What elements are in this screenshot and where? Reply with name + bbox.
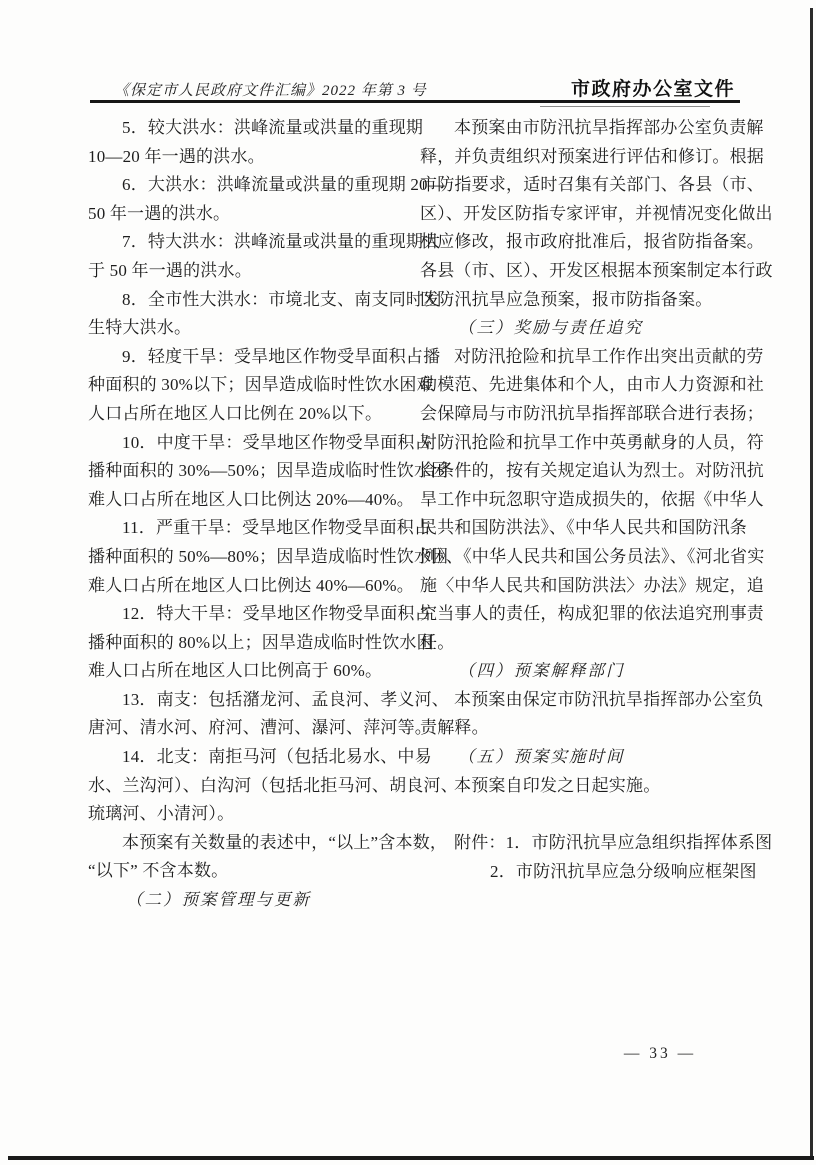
text-line: 难人口占所在地区人口比例高于 60%。 <box>88 657 410 686</box>
text-line: 合条件的，按有关规定追认为烈士。对防汛抗 <box>420 457 744 486</box>
text-line-content: 释，并负责组织对预案进行评估和修订。根据 <box>420 147 764 166</box>
text-line-content: 琉璃河、小清河）。 <box>88 804 234 823</box>
text-line: 14．北支：南拒马河（包括北易水、中易 <box>88 743 410 772</box>
text-line: 究当事人的责任，构成犯罪的依法追究刑事责 <box>420 600 744 629</box>
text-line-content: 12．特大干旱：受旱地区作物受旱面积占 <box>122 604 432 623</box>
text-line: 13．南支：包括潴龙河、孟良河、孝义河、 <box>88 686 410 715</box>
text-line: “以下” 不含本数。 <box>88 857 410 886</box>
text-line-content: （二）预案管理与更新 <box>126 890 311 909</box>
text-line: 种面积的 30%以下；因旱造成临时性饮水困难 <box>88 371 410 400</box>
text-line: 区防汛抗旱应急预案，报市防指备案。 <box>420 286 744 315</box>
text-line-content: 人口占所在地区人口比例在 20%以下。 <box>88 404 382 423</box>
text-line: 旱工作中玩忽职守造成损失的，依据《中华人 <box>420 486 744 515</box>
text-line-content: 市防指要求，适时召集有关部门、各县（市、 <box>420 175 764 194</box>
text-line: 施〈中华人民共和国防洪法〉办法》规定，追 <box>420 572 744 601</box>
text-line: 2．市防汛抗旱应急分级响应框架图 <box>420 858 744 887</box>
text-line-content: 水、兰沟河）、白沟河（包括北拒马河、胡良河、 <box>88 776 458 795</box>
header-compilation-title: 《保定市人民政府文件汇编》2022 年第 3 号 <box>114 79 427 100</box>
text-line-content: 施〈中华人民共和国防洪法〉办法》规定，追 <box>420 576 764 595</box>
text-line-content: 各县（市、区）、开发区根据本预案制定本行政 <box>420 261 773 280</box>
text-line: 会保障局与市防汛抗旱指挥部联合进行表扬； <box>420 400 744 429</box>
scan-edge-bottom <box>8 1156 814 1160</box>
text-line-content: 难人口占所在地区人口比例高于 60%。 <box>88 661 382 680</box>
text-line-content: 7．特大洪水：洪峰流量或洪量的重现期大 <box>122 232 440 251</box>
text-line-content: 6．大洪水：洪峰流量或洪量的重现期 20— <box>122 175 445 194</box>
header-document-category: 市政府办公室文件 <box>571 74 735 101</box>
text-line: 民共和国防洪法》、《中华人民共和国防汛条 <box>420 514 744 543</box>
text-line: 难人口占所在地区人口比例达 20%—40%。 <box>88 486 410 515</box>
text-line: 对防汛抢险和抗旱工作中英勇献身的人员，符 <box>420 429 744 458</box>
text-line: 5．较大洪水：洪峰流量或洪量的重现期 <box>88 114 410 143</box>
text-line: 水、兰沟河）、白沟河（包括北拒马河、胡良河、 <box>88 772 410 801</box>
text-line: 50 年一遇的洪水。 <box>88 200 410 229</box>
document-page: 《保定市人民政府文件汇编》2022 年第 3 号 市政府办公室文件 5．较大洪水… <box>0 0 816 1165</box>
text-line: 播种面积的 50%—80%；因旱造成临时性饮水困 <box>88 543 410 572</box>
text-line-content: 本预案有关数量的表述中，“以上”含本数， <box>122 833 447 852</box>
text-line-content: 旱工作中玩忽职守造成损失的，依据《中华人 <box>420 490 764 509</box>
text-line: 8．全市性大洪水：市境北支、南支同时发 <box>88 286 410 315</box>
text-line-content: （五）预案实施时间 <box>458 747 625 766</box>
text-line-content: 本预案由市防汛抗旱指挥部办公室负责解 <box>454 118 764 137</box>
text-line-content: 11．严重干旱：受旱地区作物受旱面积占 <box>122 518 431 537</box>
text-line-content: 13．南支：包括潴龙河、孟良河、孝义河、 <box>122 690 449 709</box>
text-line-content: 合条件的，按有关规定追认为烈士。对防汛抗 <box>420 461 764 480</box>
page-number: — 33 — <box>600 1045 720 1063</box>
text-line-content: （三）奖励与责任追究 <box>458 318 643 337</box>
text-line-content: 究当事人的责任，构成犯罪的依法追究刑事责 <box>420 604 764 623</box>
text-line: 10—20 年一遇的洪水。 <box>88 143 410 172</box>
text-line-content: 难人口占所在地区人口比例达 20%—40%。 <box>88 490 414 509</box>
text-line: 人口占所在地区人口比例在 20%以下。 <box>88 400 410 429</box>
text-line-content: 对防汛抢险和抗旱工作作出突出贡献的劳 <box>454 347 764 366</box>
text-line-content: 任。 <box>420 633 454 652</box>
text-line: 市防指要求，适时召集有关部门、各县（市、 <box>420 171 744 200</box>
text-line: 12．特大干旱：受旱地区作物受旱面积占 <box>88 600 410 629</box>
text-line-content: 播种面积的 80%以上；因旱造成临时性饮水困 <box>88 633 434 652</box>
text-line: 相应修改，报市政府批准后，报省防指备案。 <box>420 228 744 257</box>
text-line-content: 于 50 年一遇的洪水。 <box>88 261 252 280</box>
text-line: 于 50 年一遇的洪水。 <box>88 257 410 286</box>
right-column: 本预案由市防汛抗旱指挥部办公室负责解 释，并负责组织对预案进行评估和修订。根据 … <box>420 114 744 886</box>
text-line: 释，并负责组织对预案进行评估和修订。根据 <box>420 143 744 172</box>
text-line: 11．严重干旱：受旱地区作物受旱面积占 <box>88 514 410 543</box>
text-line-content: 播种面积的 30%—50%；因旱造成临时性饮水困 <box>88 461 448 480</box>
left-column: 5．较大洪水：洪峰流量或洪量的重现期 10—20 年一遇的洪水。 6．大洪水：洪… <box>88 114 410 915</box>
text-line-content: “以下” 不含本数。 <box>88 861 228 880</box>
text-line-content: 2．市防汛抗旱应急分级响应框架图 <box>490 862 757 881</box>
text-line-content: 10—20 年一遇的洪水。 <box>88 147 265 166</box>
text-line: （三）奖励与责任追究 <box>420 314 744 343</box>
header-rule-double <box>540 106 710 108</box>
text-line-content: 本预案由保定市防汛抗旱指挥部办公室负 <box>454 690 764 709</box>
text-line: 各县（市、区）、开发区根据本预案制定本行政 <box>420 257 744 286</box>
text-line-content: 50 年一遇的洪水。 <box>88 204 230 223</box>
text-line-content: 责解释。 <box>420 718 489 737</box>
text-line-content: 例》、《中华人民共和国公务员法》、《河北省实 <box>420 547 764 566</box>
text-line-content: 播种面积的 50%—80%；因旱造成临时性饮水困 <box>88 547 448 566</box>
header-rule <box>90 100 740 103</box>
text-line-content: 民共和国防洪法》、《中华人民共和国防汛条 <box>420 518 747 537</box>
text-line: 唐河、清水河、府河、漕河、瀑河、萍河等。 <box>88 714 410 743</box>
text-line: 播种面积的 80%以上；因旱造成临时性饮水困 <box>88 629 410 658</box>
text-line: 本预案由市防汛抗旱指挥部办公室负责解 <box>420 114 744 143</box>
text-line: 难人口占所在地区人口比例达 40%—60%。 <box>88 572 410 601</box>
text-line-content: 区防汛抗旱应急预案，报市防指备案。 <box>420 290 712 309</box>
text-line: 例》、《中华人民共和国公务员法》、《河北省实 <box>420 543 744 572</box>
text-line-content: 生特大洪水。 <box>88 318 191 337</box>
text-line: 本预案自印发之日起实施。 <box>420 772 744 801</box>
text-line: 对防汛抢险和抗旱工作作出突出贡献的劳 <box>420 343 744 372</box>
text-line-content: 区）、开发区防指专家评审，并视情况变化做出 <box>420 204 773 223</box>
text-line-content: 8．全市性大洪水：市境北支、南支同时发 <box>122 290 440 309</box>
text-line-content: 相应修改，报市政府批准后，报省防指备案。 <box>420 232 764 251</box>
text-line: 责解释。 <box>420 714 744 743</box>
text-line-content: 唐河、清水河、府河、漕河、瀑河、萍河等。 <box>88 718 432 737</box>
text-line-content: 动模范、先进集体和个人，由市人力资源和社 <box>420 375 764 394</box>
text-line-content: 9．轻度干旱：受旱地区作物受旱面积占播 <box>122 347 440 366</box>
text-line: 琉璃河、小清河）。 <box>88 800 410 829</box>
text-line: 本预案有关数量的表述中，“以上”含本数， <box>88 829 410 858</box>
text-line: 6．大洪水：洪峰流量或洪量的重现期 20— <box>88 171 410 200</box>
text-line: 9．轻度干旱：受旱地区作物受旱面积占播 <box>88 343 410 372</box>
text-line-content: 本预案自印发之日起实施。 <box>454 776 660 795</box>
text-line: （二）预案管理与更新 <box>88 886 410 915</box>
text-line: （五）预案实施时间 <box>420 743 744 772</box>
text-line: 7．特大洪水：洪峰流量或洪量的重现期大 <box>88 228 410 257</box>
text-line: （四）预案解释部门 <box>420 657 744 686</box>
text-line-content: 附件：1．市防汛抗旱应急组织指挥体系图 <box>454 833 772 852</box>
text-line: 10．中度干旱：受旱地区作物受旱面积占 <box>88 429 410 458</box>
text-line-content: 10．中度干旱：受旱地区作物受旱面积占 <box>122 433 432 452</box>
text-line: 附件：1．市防汛抗旱应急组织指挥体系图 <box>420 829 744 858</box>
text-line-content: （四）预案解释部门 <box>458 661 625 680</box>
text-line: 本预案由保定市防汛抗旱指挥部办公室负 <box>420 686 744 715</box>
text-line-content: 5．较大洪水：洪峰流量或洪量的重现期 <box>122 118 423 137</box>
text-line: 播种面积的 30%—50%；因旱造成临时性饮水困 <box>88 457 410 486</box>
scan-edge-right <box>810 8 813 1160</box>
text-line-content: 难人口占所在地区人口比例达 40%—60%。 <box>88 576 414 595</box>
text-line-content: 会保障局与市防汛抗旱指挥部联合进行表扬； <box>420 404 764 423</box>
text-line-content: 种面积的 30%以下；因旱造成临时性饮水困难 <box>88 375 434 394</box>
text-line: 区）、开发区防指专家评审，并视情况变化做出 <box>420 200 744 229</box>
text-line: 生特大洪水。 <box>88 314 410 343</box>
text-line: 动模范、先进集体和个人，由市人力资源和社 <box>420 371 744 400</box>
text-line-content: 对防汛抢险和抗旱工作中英勇献身的人员，符 <box>420 433 764 452</box>
text-line: 任。 <box>420 629 744 658</box>
text-line-content: 14．北支：南拒马河（包括北易水、中易 <box>122 747 432 766</box>
